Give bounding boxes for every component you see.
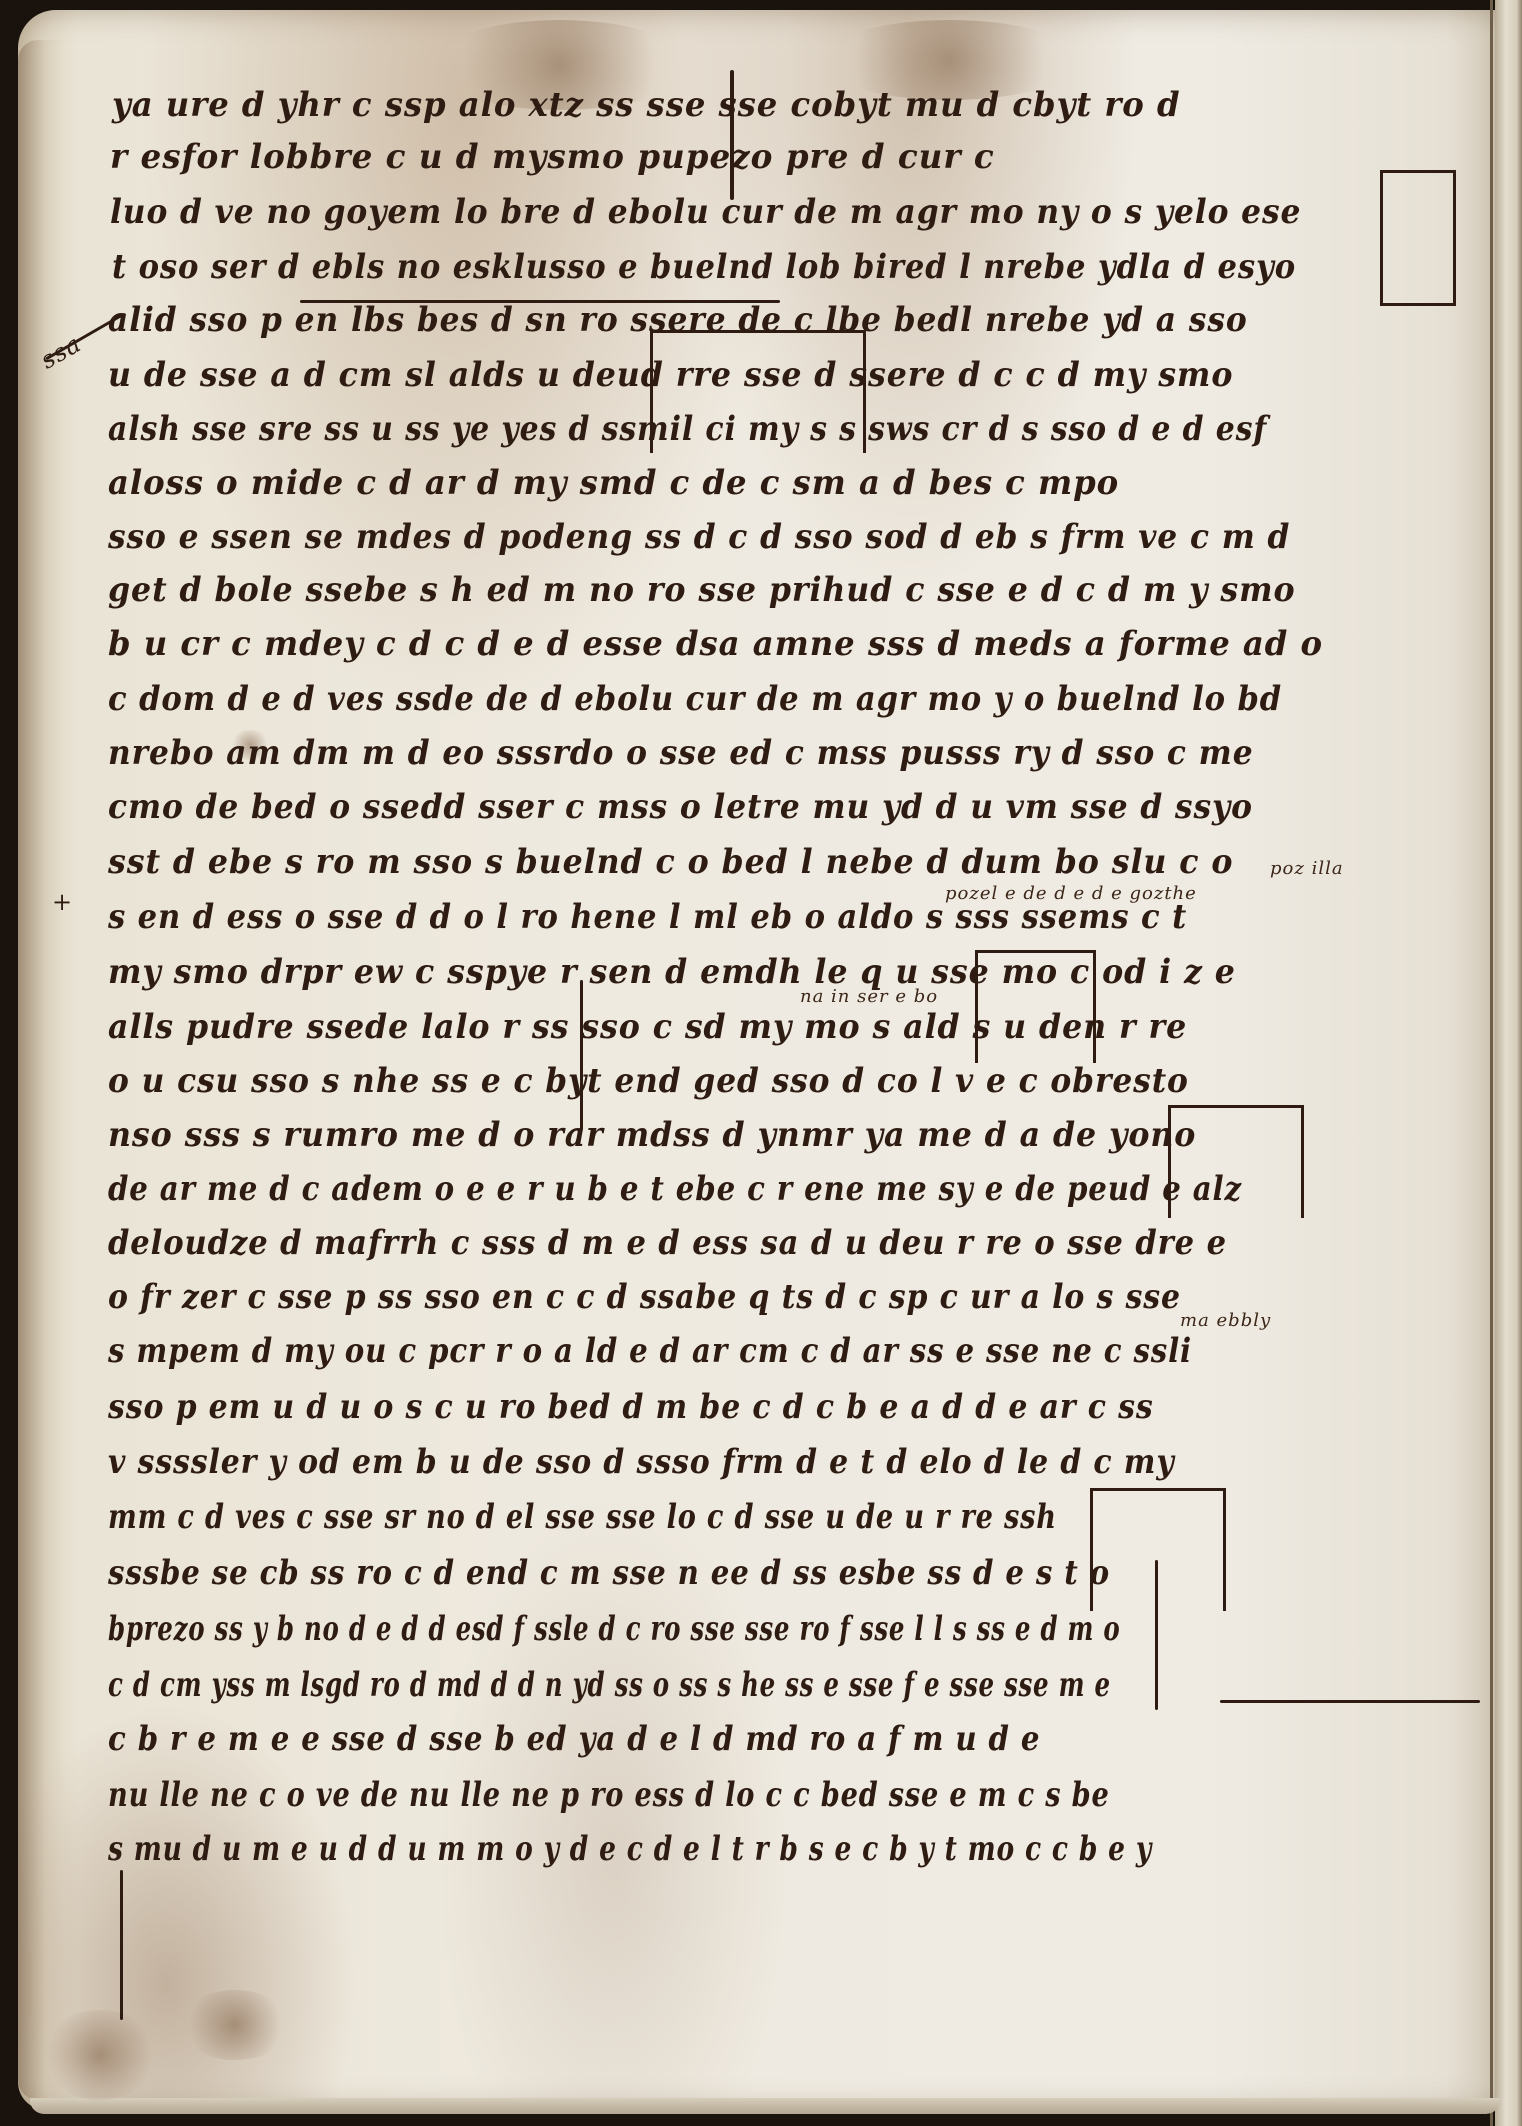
pen-stroke xyxy=(580,980,583,1130)
text-line: sst d ebe s ro m sso s buelnd c o bed l … xyxy=(108,845,1233,879)
text-line: de ar me d c adem o e e r u b e t ebe c … xyxy=(108,1172,1242,1206)
text-line: s mu d u m e u d d u m m o y d e c d e l… xyxy=(108,1832,1152,1866)
text-line: c b r e m e e sse d sse b ed ya d e l d … xyxy=(108,1722,1040,1756)
interlinear-gloss: na in ser e bo xyxy=(800,988,938,1006)
binding-edge xyxy=(1495,0,1522,2126)
text-line: sssbe se cb ss ro c d end c m sse n ee d… xyxy=(108,1556,1110,1590)
bracket-box xyxy=(1168,1105,1304,1218)
text-line: r esfor lobbre c u d mysmo pupezo pre d … xyxy=(110,140,995,174)
text-line: sso p em u d u o s c u ro bed d m be c d… xyxy=(108,1390,1154,1424)
text-line: bprezo ss y b no d e d d esd f ssle d c … xyxy=(108,1612,1120,1646)
pen-stroke xyxy=(120,1870,123,2020)
pen-stroke xyxy=(1155,1560,1158,1710)
margin-mark: + xyxy=(52,890,73,914)
bracket-box xyxy=(650,330,866,453)
text-line: nrebo am dm m d eo sssrdo o sse ed c mss… xyxy=(108,736,1254,770)
text-line: o fr zer c sse p ss sso en c c d ssabe q… xyxy=(108,1280,1181,1314)
bracket-box xyxy=(1090,1488,1226,1611)
text-line: b u cr c mdey c d c d e d esse dsa amne … xyxy=(108,627,1323,661)
text-line: c dom d e d ves ssde de d ebolu cur de m… xyxy=(108,682,1282,716)
bracket-box xyxy=(975,950,1096,1063)
text-line: sso e ssen se mdes d podeng ss d c d sso… xyxy=(108,520,1290,554)
bracket-box xyxy=(1380,170,1456,306)
text-line: nso sss s rumro me d o rar mdss d ynmr y… xyxy=(108,1118,1196,1152)
strikethrough-line xyxy=(300,300,780,303)
text-line: deloudze d mafrrh c sss d m e d ess sa d… xyxy=(108,1226,1227,1260)
stain xyxy=(180,1990,290,2060)
interlinear-gloss: ma ebbly xyxy=(1180,1312,1271,1330)
text-line: cmo de bed o ssedd sser c mss o letre mu… xyxy=(108,790,1253,824)
text-line: c d cm yss m lsgd ro d md d d n yd ss o … xyxy=(108,1668,1111,1702)
text-line: t oso ser d ebls no esklusso e buelnd lo… xyxy=(112,250,1296,284)
interlinear-gloss: poz illa xyxy=(1270,860,1344,878)
stain xyxy=(40,2010,160,2100)
text-line: s mpem d my ou c pcr r o a ld e d ar cm … xyxy=(108,1334,1192,1368)
text-line: mm c d ves c sse sr no d el sse sse lo c… xyxy=(108,1500,1057,1534)
text-line: get d bole ssebe s h ed m no ro sse prih… xyxy=(108,573,1296,607)
text-line: s en d ess o sse d d o l ro hene l ml eb… xyxy=(108,900,1187,934)
text-line: luo d ve no goyem lo bre d ebolu cur de … xyxy=(110,195,1301,229)
text-line: nu lle ne c o ve de nu lle ne p ro ess d… xyxy=(108,1778,1110,1812)
page-bottom-edge xyxy=(30,2098,1500,2114)
pen-stroke xyxy=(1220,1700,1480,1703)
text-line: o u csu sso s nhe ss e c byt end ged sso… xyxy=(108,1064,1189,1098)
text-line: v ssssler y od em b u de sso d ssso frm … xyxy=(108,1445,1175,1479)
interlinear-gloss: pozel e de d e d e gozthe xyxy=(945,885,1197,903)
pen-stroke xyxy=(730,70,734,200)
text-line: ya ure d yhr c ssp alo xtz ss sse sse co… xyxy=(112,88,1181,122)
text-line: aloss o mide c d ar d my smd c de c sm a… xyxy=(108,466,1119,500)
binding-line xyxy=(1490,0,1493,2126)
